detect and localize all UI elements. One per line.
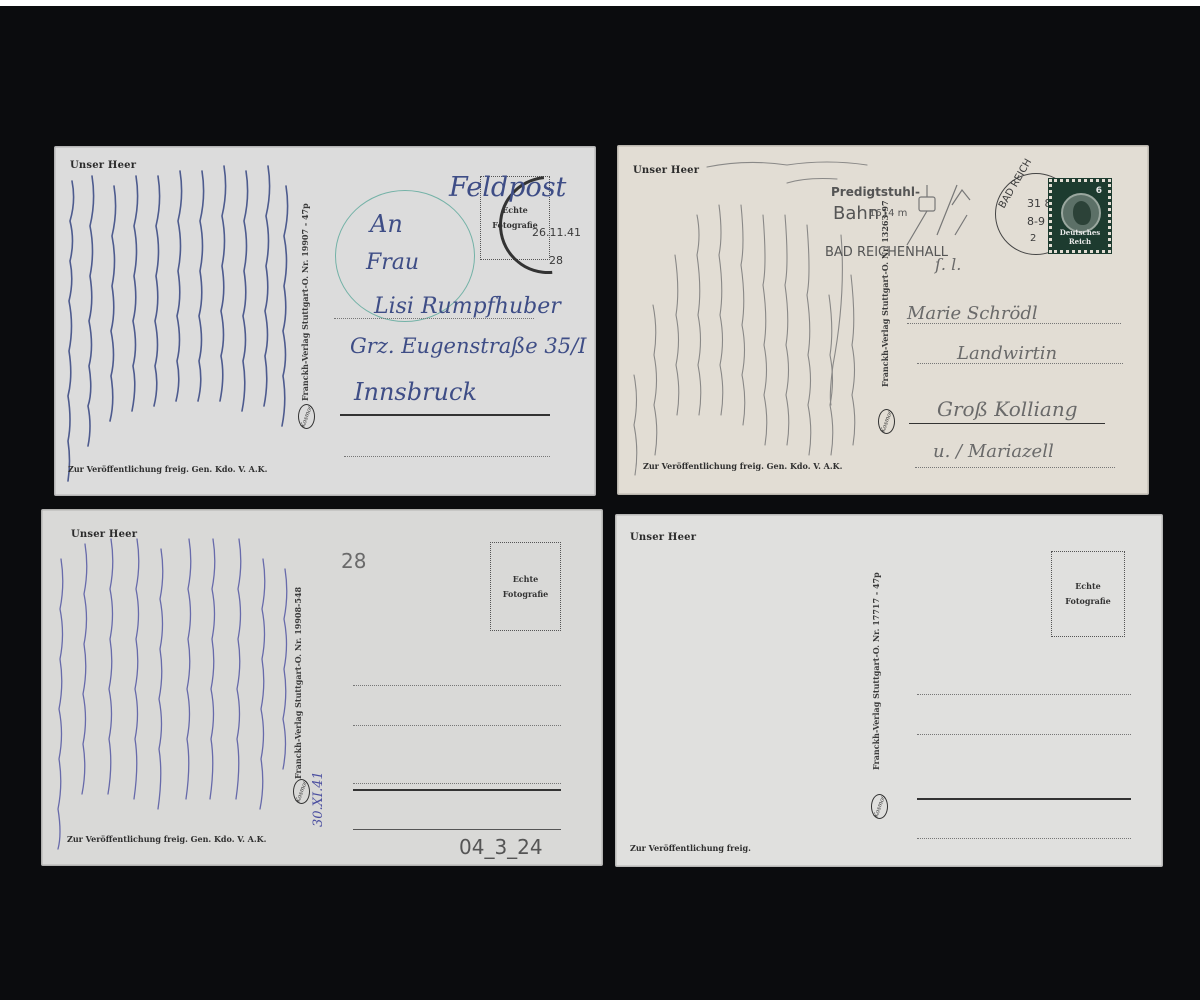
publisher-imprint: Franckh-Verlag Stuttgart-O. Nr. 19908-54… xyxy=(293,587,303,779)
postmark-date-1: 31 8 xyxy=(1027,197,1052,210)
address-line xyxy=(340,414,550,416)
address-line-3: Lisi Rumpfhuber xyxy=(374,294,561,319)
handwritten-message xyxy=(41,509,321,866)
stamp-placeholder-box: Echte Fotografie xyxy=(1051,551,1125,637)
address-line-1: An xyxy=(370,210,403,238)
censor-note: Zur Veröffentlichung freig. Gen. Kdo. V.… xyxy=(643,461,842,471)
address-line xyxy=(915,467,1115,468)
publisher-imprint: Franckh-Verlag Stuttgart-O. Nr. 19907 - … xyxy=(300,203,310,401)
portrait-medallion xyxy=(1061,193,1101,233)
address-line xyxy=(917,798,1131,800)
stamp-country: Deutsches Reich xyxy=(1052,228,1108,246)
portrait-head-icon xyxy=(1073,201,1091,225)
address-line-4: Grz. Eugenstraße 35/I xyxy=(350,334,586,358)
stamp-value: 6 xyxy=(1096,186,1102,196)
address-line-3: Groß Kolliang xyxy=(937,397,1078,421)
address-line-2: Frau xyxy=(366,250,419,275)
address-line-4: u. / Mariazell xyxy=(933,441,1054,462)
top-white-strip xyxy=(0,0,1200,6)
kosmos-logo: Kosmos xyxy=(871,794,888,819)
address-line xyxy=(353,725,561,726)
address-line xyxy=(353,685,561,686)
censor-note: Zur Veröffentlichung freig. xyxy=(630,843,751,853)
address-line xyxy=(917,363,1123,364)
publisher-imprint: Franckh-Verlag Stuttgart-O. Nr. 17717 - … xyxy=(871,572,881,770)
stamp-placeholder-box: Echte Fotografie xyxy=(490,542,561,631)
address-line xyxy=(917,838,1131,839)
censor-note: Zur Veröffentlichung freig. Gen. Kdo. V.… xyxy=(68,464,267,474)
postmark-date: 26.11.41 xyxy=(532,226,581,239)
cable-car-illustration xyxy=(897,175,977,265)
postcard-top-left: Unser Heer Liebe Lisi! Franckh-Verlag St… xyxy=(54,146,596,496)
address-line xyxy=(353,783,561,784)
address-line xyxy=(353,829,561,830)
postcard-top-right: Unser Heer Predigtstuhl- Bahn 1614 m BAD… xyxy=(617,145,1149,495)
address-line-5: Innsbruck xyxy=(354,378,477,406)
postage-stamp: 6 Deutsches Reich xyxy=(1049,179,1111,253)
censor-note: Zur Veröffentlichung freig. Gen. Kdo. V.… xyxy=(67,834,266,844)
feldpost-mark: Feldpost xyxy=(449,172,566,203)
catalog-code: 04_3_24 xyxy=(459,835,543,859)
postcard-bottom-right: Unser Heer Franckh-Verlag Stuttgart-O. N… xyxy=(615,514,1163,867)
pencil-price: 28 xyxy=(341,549,366,573)
address-line xyxy=(917,734,1131,735)
pencil-mark: ſ. l. xyxy=(935,255,961,274)
address-line xyxy=(909,423,1105,424)
kosmos-logo: Kosmos xyxy=(878,409,895,434)
address-line-2: Landwirtin xyxy=(957,343,1057,364)
kosmos-logo: Kosmos xyxy=(293,779,310,804)
address-line xyxy=(353,789,561,791)
address-line xyxy=(334,318,534,319)
address-line xyxy=(917,694,1131,695)
address-line-1: Marie Schrödl xyxy=(907,303,1038,324)
postmark-line-3: 2 xyxy=(1030,233,1036,244)
kosmos-logo: Kosmos xyxy=(298,404,315,429)
address-line xyxy=(344,456,550,457)
postmark-date-2: 8-9 xyxy=(1027,215,1045,228)
series-title: Unser Heer xyxy=(630,532,696,543)
postcard-bottom-left: Unser Heer Franckh-Verlag Stuttgart-O. N… xyxy=(41,509,603,866)
message-date: 30.XI.41 xyxy=(311,771,326,827)
postmark-line2: 28 xyxy=(549,254,563,267)
handwritten-message xyxy=(54,146,314,496)
publisher-imprint: Franckh-Verlag Stuttgart-O. Nr. 13263-97 xyxy=(880,200,890,387)
address-line xyxy=(907,323,1121,324)
